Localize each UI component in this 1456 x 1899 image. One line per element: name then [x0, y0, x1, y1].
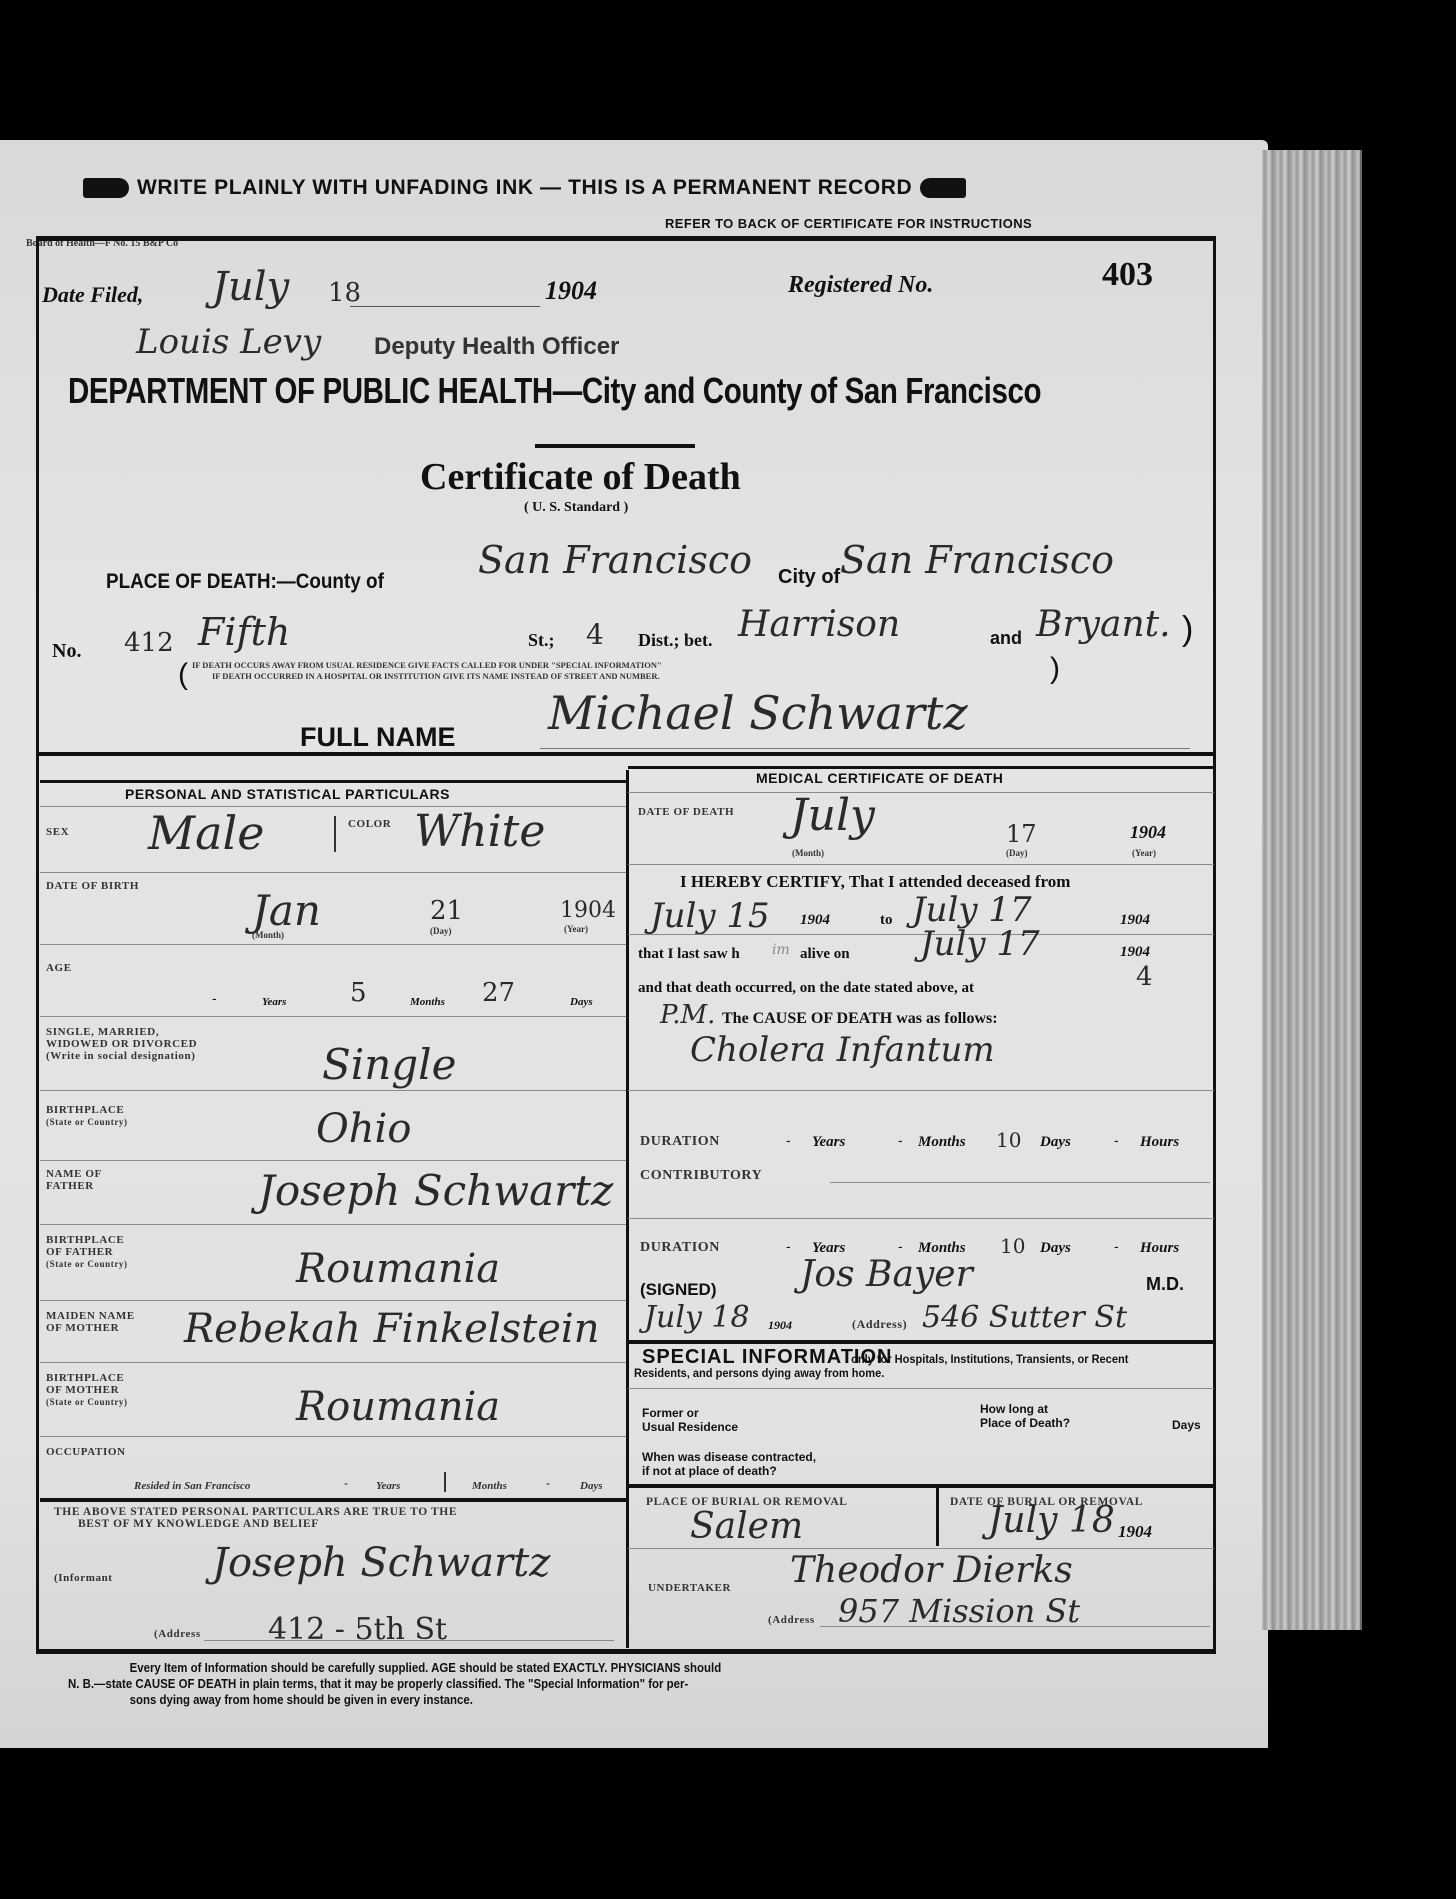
- father-name-label: NAME OF FATHER: [46, 1168, 102, 1192]
- resided-days-value: -: [546, 1476, 550, 1490]
- street-number-label: No.: [52, 640, 81, 663]
- department-title: DEPARTMENT OF PUBLIC HEALTH—City and Cou…: [68, 370, 1041, 412]
- certify-text: I HEREBY CERTIFY, That I attended deceas…: [680, 872, 1070, 892]
- birthplace-caption: (State or Country): [46, 1116, 128, 1128]
- residence-note-1: IF DEATH OCCURS AWAY FROM USUAL RESIDENC…: [192, 660, 662, 670]
- age-label: AGE: [46, 962, 72, 974]
- dob-month-caption: (Month): [252, 930, 284, 940]
- contributory-label: CONTRIBUTORY: [640, 1170, 762, 1182]
- mother-bp-label-line-2: OF MOTHER: [46, 1384, 128, 1396]
- full-name-label: FULL NAME: [300, 722, 456, 753]
- duration-2-months-value: -: [898, 1238, 903, 1254]
- how-long-label-line-1: How long at: [980, 1402, 1070, 1416]
- footnote-line-3: sons dying away from home should be give…: [130, 1692, 473, 1707]
- mother-birthplace-value: Roumania: [296, 1384, 500, 1430]
- street-name-value: Fifth: [198, 610, 290, 654]
- mother-maiden-name-value: Rebekah Finkelstein: [184, 1306, 599, 1352]
- former-label-line-2: Usual Residence: [642, 1420, 738, 1434]
- marital-label-line-3: (Write in social designation): [46, 1050, 197, 1062]
- last-saw-label: that I last saw h: [638, 946, 740, 963]
- duration-hours-caption: Hours: [1140, 1134, 1179, 1151]
- attended-to-year: 1904: [1120, 912, 1150, 929]
- medical-certificate-heading: MEDICAL CERTIFICATE OF DEATH: [756, 770, 1003, 786]
- district-between-label: Dist.; bet.: [638, 630, 713, 651]
- last-saw-pronoun: im: [772, 942, 790, 958]
- father-bp-label-line-2: OF FATHER: [46, 1246, 128, 1258]
- death-month-value: July: [790, 790, 875, 841]
- marital-label-line-1: SINGLE, MARRIED,: [46, 1026, 197, 1038]
- banner-text: WRITE PLAINLY WITH UNFADING INK — THIS I…: [137, 176, 912, 199]
- cause-of-death-text: The CAUSE OF DEATH was as follows:: [722, 1010, 998, 1028]
- duration-2-hours-caption: Hours: [1140, 1240, 1179, 1257]
- disease-contracted-label: When was disease contracted, if not at p…: [642, 1450, 816, 1478]
- duration-label: DURATION: [640, 1136, 720, 1148]
- death-occurred-text: and that death occurred, on the date sta…: [638, 980, 974, 997]
- death-year-value: 1904: [1130, 822, 1166, 843]
- personal-particulars-heading: PERSONAL AND STATISTICAL PARTICULARS: [125, 786, 450, 802]
- resided-days-caption: Days: [580, 1480, 603, 1492]
- cause-of-death-value: Cholera Infantum: [690, 1030, 995, 1070]
- burial-date-value: July 18: [988, 1500, 1115, 1541]
- mother-label-line-2: OF MOTHER: [46, 1322, 135, 1334]
- death-day-value: 17: [1006, 820, 1037, 848]
- age-years-caption: Years: [262, 996, 286, 1008]
- duration-2-years-value: -: [786, 1238, 791, 1254]
- contracted-label-line-2: if not at place of death?: [642, 1464, 816, 1478]
- certificate-title: Certificate of Death: [420, 455, 741, 499]
- registered-number: 403: [1102, 256, 1153, 294]
- date-filed-year: 1904: [545, 276, 597, 306]
- signed-date-value: July 18: [644, 1300, 750, 1335]
- close-paren: ): [1182, 610, 1193, 649]
- contracted-label-line-1: When was disease contracted,: [642, 1450, 816, 1464]
- us-standard-caption: ( U. S. Standard ): [524, 500, 628, 516]
- last-saw-year: 1904: [1120, 944, 1150, 961]
- resided-years-caption: Years: [376, 1480, 400, 1492]
- informant-statement-line-2: BEST OF MY KNOWLEDGE AND BELIEF: [54, 1518, 457, 1530]
- date-filed-month: July: [212, 264, 289, 310]
- how-long-days-caption: Days: [1172, 1418, 1201, 1432]
- dob-day-caption: (Day): [430, 926, 452, 936]
- death-day-caption: (Day): [1006, 848, 1028, 858]
- birthplace-label-line: BIRTHPLACE: [46, 1104, 128, 1116]
- age-years-value: -: [212, 990, 217, 1006]
- between-street-2: Bryant.: [1036, 604, 1171, 645]
- street-label: St.;: [528, 630, 555, 651]
- physician-signature: Jos Bayer: [800, 1254, 973, 1295]
- dob-year-value: 1904: [560, 898, 616, 923]
- undertaker-label: UNDERTAKER: [648, 1582, 731, 1594]
- resided-months-caption: Months: [472, 1480, 507, 1492]
- occupation-label: OCCUPATION: [46, 1446, 126, 1458]
- dob-year-caption: (Year): [564, 924, 588, 934]
- undertaker-address-value: 957 Mission St: [838, 1592, 1080, 1630]
- duration-2-hours-value: -: [1114, 1238, 1119, 1254]
- duration-2-label: DURATION: [640, 1242, 720, 1254]
- resided-years-value: -: [344, 1476, 348, 1490]
- sex-label: SEX: [46, 826, 69, 838]
- mother-bp-caption: (State or Country): [46, 1396, 128, 1408]
- marital-label-line-2: WIDOWED OR DIVORCED: [46, 1038, 197, 1050]
- attended-from-value: July 15: [650, 896, 770, 936]
- father-name-value: Joseph Schwartz: [258, 1166, 613, 1215]
- dob-day-value: 21: [430, 896, 463, 926]
- physician-address-value: 546 Sutter St: [922, 1300, 1127, 1335]
- street-number-value: 412: [124, 628, 174, 658]
- city-label: City of: [778, 566, 840, 589]
- informant-address-label: (Address: [154, 1628, 201, 1640]
- duration-months-value: -: [898, 1132, 903, 1148]
- permanent-record-banner: WRITE PLAINLY WITH UNFADING INK — THIS I…: [75, 176, 974, 200]
- health-officer-signature: Louis Levy: [136, 322, 321, 362]
- mother-birthplace-label: BIRTHPLACE OF MOTHER (State or Country): [46, 1372, 128, 1408]
- father-bp-label-line-1: BIRTHPLACE: [46, 1234, 128, 1246]
- father-bp-caption: (State or Country): [46, 1258, 128, 1270]
- health-officer-title: Deputy Health Officer: [374, 333, 619, 361]
- refer-instructions-note: REFER TO BACK OF CERTIFICATE FOR INSTRUC…: [665, 216, 1032, 231]
- undertaker-address-label: (Address: [768, 1614, 815, 1626]
- resided-label: Resided in San Francisco: [134, 1480, 250, 1492]
- age-days-caption: Days: [570, 996, 593, 1008]
- place-of-death-label: PLACE OF DEATH:—County of: [106, 570, 384, 594]
- birthplace-value: Ohio: [316, 1106, 411, 1152]
- death-year-caption: (Year): [1132, 848, 1156, 858]
- and-label: and: [990, 628, 1022, 649]
- former-label-line-1: Former or: [642, 1406, 738, 1420]
- color-value: White: [414, 806, 545, 857]
- duration-days-value: 10: [996, 1128, 1021, 1152]
- duration-years-caption: Years: [812, 1134, 845, 1151]
- age-days-value: 27: [482, 978, 515, 1008]
- age-months-value: 5: [350, 978, 367, 1008]
- father-label-line-2: FATHER: [46, 1180, 102, 1192]
- city-value: San Francisco: [840, 538, 1114, 582]
- age-months-caption: Months: [410, 996, 445, 1008]
- residence-note-2: IF DEATH OCCURRED IN A HOSPITAL OR INSTI…: [212, 671, 660, 681]
- marital-status-label: SINGLE, MARRIED, WIDOWED OR DIVORCED (Wr…: [46, 1026, 197, 1062]
- open-paren: (: [178, 658, 188, 692]
- duration-years-value: -: [786, 1132, 791, 1148]
- close-paren-2: ): [1050, 652, 1060, 686]
- father-birthplace-value: Roumania: [296, 1246, 500, 1292]
- signed-year-value: 1904: [768, 1318, 792, 1333]
- footnote-line-2: state CAUSE OF DEATH in plain terms, tha…: [106, 1676, 689, 1691]
- informant-label: (Informant: [54, 1572, 113, 1584]
- date-filed-label: Date Filed,: [42, 282, 143, 308]
- county-value: San Francisco: [478, 538, 752, 582]
- footnote-line-1: Every Item of Information should be care…: [130, 1660, 722, 1675]
- book-page-edges: [1262, 150, 1362, 1630]
- informant-statement-line-1: THE ABOVE STATED PERSONAL PARTICULARS AR…: [54, 1506, 457, 1518]
- duration-hours-value: -: [1114, 1132, 1119, 1148]
- footnote-prefix: N. B.—: [68, 1676, 106, 1691]
- death-time-value: 4: [1136, 962, 1153, 992]
- duration-days-caption: Days: [1040, 1134, 1071, 1151]
- attended-from-year: 1904: [800, 912, 830, 929]
- former-residence-label: Former or Usual Residence: [642, 1406, 738, 1434]
- how-long-label-line-2: Place of Death?: [980, 1416, 1070, 1430]
- signed-label: (SIGNED): [640, 1280, 717, 1300]
- how-long-label: How long at Place of Death?: [980, 1402, 1070, 1430]
- duration-months-caption: Months: [918, 1134, 966, 1151]
- informant-address-value: 412 - 5th St: [268, 1612, 447, 1647]
- burial-place-value: Salem: [690, 1506, 803, 1547]
- duration-2-days-caption: Days: [1040, 1240, 1071, 1257]
- registered-no-label: Registered No.: [788, 272, 933, 299]
- informant-statement: THE ABOVE STATED PERSONAL PARTICULARS AR…: [54, 1506, 457, 1530]
- father-birthplace-label: BIRTHPLACE OF FATHER (State or Country): [46, 1234, 128, 1270]
- burial-year-value: 1904: [1118, 1522, 1152, 1542]
- father-label-line-1: NAME OF: [46, 1168, 102, 1180]
- pointing-hand-icon: [920, 178, 966, 198]
- sex-value: Male: [148, 806, 264, 860]
- between-street-1: Harrison: [738, 604, 900, 645]
- last-saw-date-value: July 17: [920, 924, 1040, 964]
- date-filed-day: 18: [328, 278, 361, 308]
- physician-address-label: (Address): [852, 1318, 907, 1330]
- color-label: COLOR: [348, 818, 391, 830]
- mother-bp-label-line-1: BIRTHPLACE: [46, 1372, 128, 1384]
- mother-maiden-name-label: MAIDEN NAME OF MOTHER: [46, 1310, 135, 1334]
- pointing-hand-icon: [83, 178, 129, 198]
- informant-name-value: Joseph Schwartz: [212, 1540, 550, 1586]
- special-info-scope: only for Hospitals, Institutions, Transi…: [634, 1352, 1158, 1380]
- date-of-death-label: DATE OF DEATH: [638, 806, 734, 818]
- mother-label-line-1: MAIDEN NAME: [46, 1310, 135, 1322]
- ward-value: 4: [586, 618, 604, 651]
- footnote: Every Item of Information should be care…: [68, 1660, 1045, 1708]
- date-of-birth-label: DATE OF BIRTH: [46, 880, 139, 892]
- birthplace-label: BIRTHPLACE (State or Country): [46, 1104, 128, 1128]
- marital-status-value: Single: [322, 1040, 456, 1089]
- md-label: M.D.: [1146, 1274, 1184, 1295]
- duration-2-days-value: 10: [1000, 1234, 1025, 1258]
- to-label: to: [880, 912, 893, 929]
- death-month-caption: (Month): [792, 848, 824, 858]
- dob-month-value: Jan: [252, 886, 321, 935]
- death-meridiem-value: P.M.: [660, 1000, 715, 1030]
- alive-on-label: alive on: [800, 946, 850, 963]
- full-name-value: Michael Schwartz: [548, 686, 968, 740]
- undertaker-value: Theodor Dierks: [790, 1550, 1073, 1591]
